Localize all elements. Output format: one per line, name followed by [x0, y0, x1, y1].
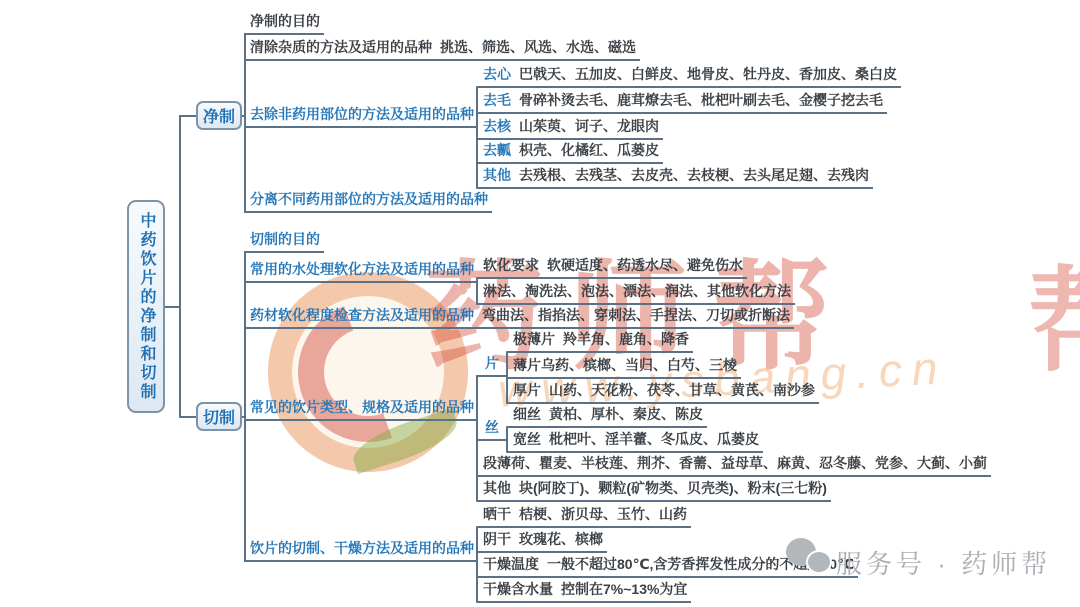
node-remove-nonmedicinal: 去除非药用部位的方法及适用的品种 — [244, 105, 478, 128]
footer-account-label: 服务号 · 药师帮 — [836, 544, 1051, 581]
node-remove-pulp-label: 去瓤 — [483, 142, 511, 158]
node-piece-types: 常见的饮片类型、规格及适用的品种 — [244, 398, 478, 421]
node-drying-sun: 晒干桔梗、浙贝母、玉竹、山药 — [477, 505, 691, 528]
node-remove-other-label: 其他 — [483, 167, 511, 183]
node-type-other-content: 块(阿胶丁)、颗粒(矿物类、贝壳类)、粉末(三七粉) — [519, 480, 827, 496]
node-type-si: 丝 — [476, 418, 508, 441]
node-drying-sun-label: 晒干 — [483, 506, 511, 522]
node-drying-shade: 阴干玫瑰花、槟榔 — [477, 530, 607, 553]
node-remove-hair: 去毛骨碎补烫去毛、鹿茸燎去毛、枇杷叶刷去毛、金樱子挖去毛 — [477, 91, 887, 114]
node-type-pian: 片 — [476, 354, 508, 377]
node-pian-thin: 薄片乌药、槟榔、当归、白芍、三棱 — [507, 356, 741, 379]
root-node-label: 中药饮片的净制和切制 — [138, 212, 154, 402]
node-cutting-purpose: 切制的目的 — [244, 230, 324, 253]
node-remove-pit-content: 山茱萸、诃子、龙眼肉 — [519, 118, 659, 134]
branch-cutting-label: 切制 — [203, 405, 235, 428]
node-type-other: 其他块(阿胶丁)、颗粒(矿物类、贝壳类)、粉末(三七粉) — [477, 479, 831, 502]
node-type-duan: 段薄荷、瞿麦、半枝莲、荆芥、香薷、益母草、麻黄、忍冬藤、党参、大蓟、小蓟 — [477, 454, 991, 477]
node-drying-moisture-content: 控制在7%~13%为宜 — [561, 581, 687, 597]
node-softness-check-content: 弯曲法、指掐法、穿刺法、手捏法、刀切或折断法 — [482, 307, 790, 323]
node-si-wide-label: 宽丝 — [513, 431, 541, 447]
node-si-fine-content: 黄柏、厚朴、秦皮、陈皮 — [549, 406, 703, 422]
node-drying-shade-label: 阴干 — [483, 531, 511, 547]
node-remove-heart: 去心巴戟天、五加皮、白鲜皮、地骨皮、牡丹皮、香加皮、桑白皮 — [477, 65, 901, 88]
node-remove-other-content: 去残根、去残茎、去皮壳、去枝梗、去头尾足翅、去残肉 — [519, 167, 869, 183]
branch-purification-label: 净制 — [203, 104, 235, 127]
node-softening-requirement: 软化要求软硬适度、药透水尽、避免伤水 — [477, 256, 747, 279]
node-pian-extra-thin-content: 羚羊角、鹿角、降香 — [563, 331, 689, 347]
node-pian-thin-content: 乌药、槟榔、当归、白芍、三棱 — [541, 357, 737, 373]
node-drying-shade-content: 玫瑰花、槟榔 — [519, 531, 603, 547]
node-remove-heart-content: 巴戟天、五加皮、白鲜皮、地骨皮、牡丹皮、香加皮、桑白皮 — [519, 66, 897, 82]
node-drying-methods: 饮片的切制、干燥方法及适用的品种 — [244, 539, 478, 562]
branch-node-purification: 净制 — [196, 101, 242, 130]
chat-bubble-small-icon — [806, 550, 832, 574]
node-si-fine-label: 细丝 — [513, 406, 541, 422]
node-softness-check-label: 药材软化程度检查方法及适用的品种 — [250, 307, 474, 323]
node-type-duan-label: 段 — [483, 455, 497, 471]
node-remove-heart-label: 去心 — [483, 66, 511, 82]
node-si-wide-content: 枇杷叶、淫羊藿、冬瓜皮、瓜蒌皮 — [549, 431, 759, 447]
node-softening-requirement-content: 软硬适度、药透水尽、避免伤水 — [547, 257, 743, 273]
node-remove-other: 其他去残根、去残茎、去皮壳、去枝梗、去头尾足翅、去残肉 — [477, 166, 873, 189]
root-node: 中药饮片的净制和切制 — [127, 200, 165, 413]
node-remove-pulp-content: 枳壳、化橘红、瓜蒌皮 — [519, 142, 659, 158]
node-si-fine: 细丝黄柏、厚朴、秦皮、陈皮 — [507, 405, 707, 428]
node-purification-purpose: 净制的目的 — [244, 12, 324, 35]
node-remove-pit-label: 去核 — [483, 118, 511, 134]
node-impurity-methods: 清除杂质的方法及适用的品种挑选、筛选、风选、水选、磁选 — [244, 38, 640, 61]
node-drying-moisture-label: 干燥含水量 — [483, 581, 553, 597]
node-drying-moisture: 干燥含水量控制在7%~13%为宜 — [477, 580, 691, 603]
node-remove-hair-label: 去毛 — [483, 92, 511, 108]
node-drying-sun-content: 桔梗、浙贝母、玉竹、山药 — [519, 506, 687, 522]
node-remove-hair-content: 骨碎补烫去毛、鹿茸燎去毛、枇杷叶刷去毛、金樱子挖去毛 — [519, 92, 883, 108]
node-si-wide: 宽丝枇杷叶、淫羊藿、冬瓜皮、瓜蒌皮 — [507, 430, 763, 453]
node-pian-thick-content: 山药、天花粉、茯苓、甘草、黄芪、南沙参 — [549, 382, 815, 398]
node-remove-pit: 去核山茱萸、诃子、龙眼肉 — [477, 117, 663, 140]
node-pian-thick: 厚片山药、天花粉、茯苓、甘草、黄芪、南沙参 — [507, 381, 819, 404]
node-pian-extra-thin-label: 极薄片 — [513, 331, 555, 347]
node-separate-parts: 分离不同药用部位的方法及适用的品种 — [244, 190, 492, 213]
node-pian-extra-thin: 极薄片羚羊角、鹿角、降香 — [507, 330, 693, 353]
node-impurity-label: 清除杂质的方法及适用的品种 — [250, 39, 432, 55]
node-pian-thick-label: 厚片 — [513, 382, 541, 398]
branch-node-cutting: 切制 — [196, 402, 242, 431]
node-type-duan-content: 薄荷、瞿麦、半枝莲、荆芥、香薷、益母草、麻黄、忍冬藤、党参、大蓟、小蓟 — [497, 455, 987, 471]
node-impurity-content: 挑选、筛选、风选、水选、磁选 — [440, 39, 636, 55]
node-softening-method-list: 淋法、淘洗法、泡法、漂法、润法、其他软化方法 — [477, 282, 795, 305]
node-pian-thin-label: 薄片 — [513, 357, 541, 373]
node-softening-methods: 常用的水处理软化方法及适用的品种 — [244, 260, 478, 283]
node-type-other-label: 其他 — [483, 480, 511, 496]
node-softening-requirement-label: 软化要求 — [483, 257, 539, 273]
wechat-service-icon — [786, 538, 832, 578]
node-drying-temperature-label: 干燥温度 — [483, 556, 539, 572]
node-remove-pulp: 去瓤枳壳、化橘红、瓜蒌皮 — [477, 141, 663, 164]
node-softness-check: 药材软化程度检查方法及适用的品种弯曲法、指掐法、穿刺法、手捏法、刀切或折断法 — [244, 306, 794, 329]
mindmap-canvas: 药师帮 帮 www.ysbang.cn — [0, 0, 1080, 607]
